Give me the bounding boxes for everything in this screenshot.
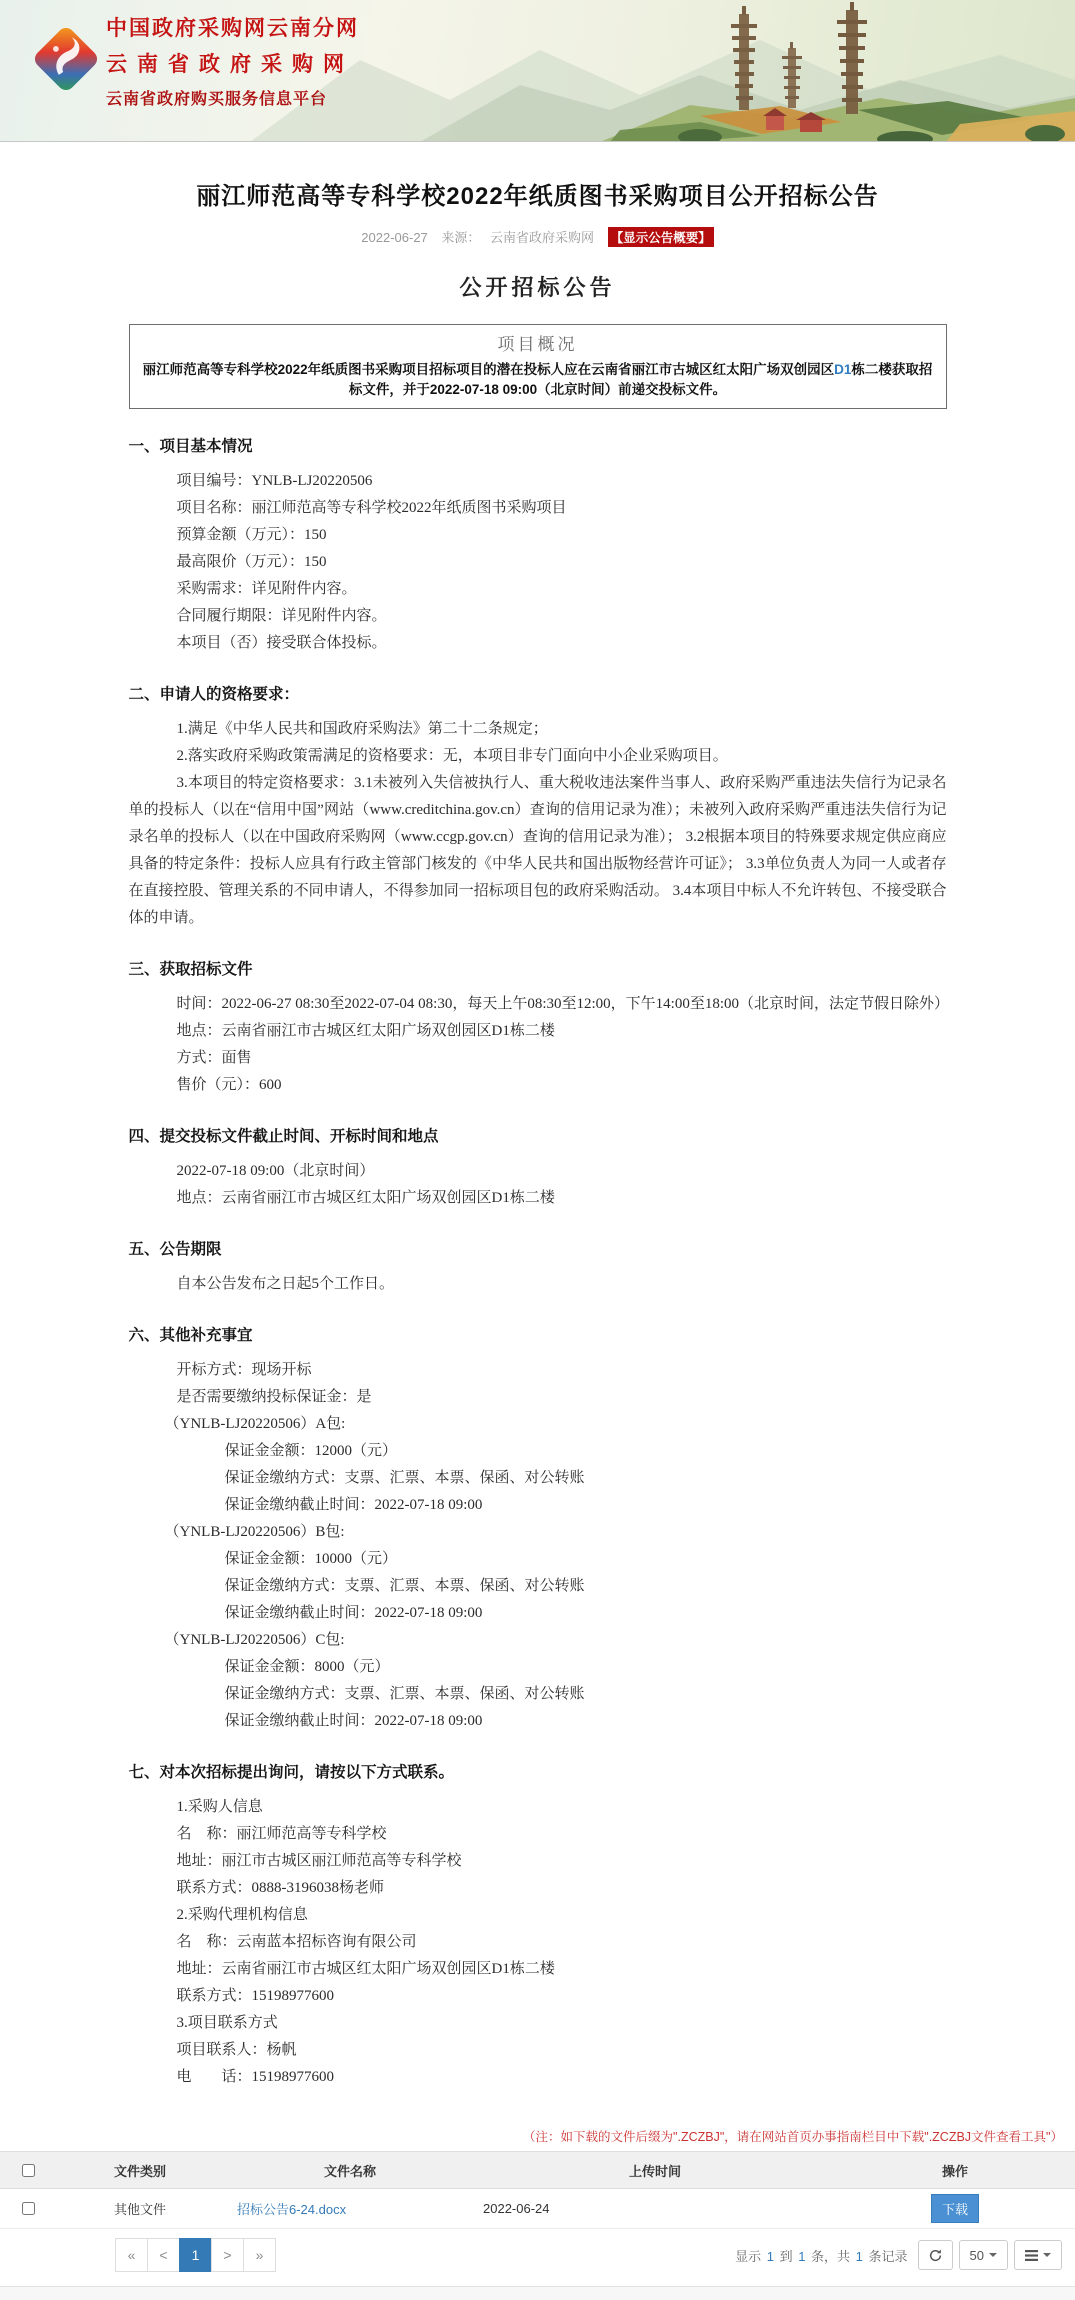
overview-title: 项目概况 [140,330,936,355]
overview-text-pre: 丽江师范高等专科学校2022年纸质图书采购项目招标项目的潜在投标人应在云南省丽江… [143,362,835,377]
download-button[interactable]: 下载 [931,2194,979,2223]
table-header-row: 文件类别 文件名称 上传时间 操作 [0,2152,1075,2189]
content-line: 保证金缴纳方式：支票、汇票、本票、保函、对公转账 [129,1465,947,1492]
page-next-button[interactable]: > [211,2238,244,2272]
section-heading: 六、其他补充事宜 [129,1323,947,1345]
content-line: 3.本项目的特定资格要求：3.1未被列入失信被执行人、重大税收违法案件当事人、政… [129,770,947,932]
content-line: （YNLB-LJ20220506）B包: [129,1519,947,1546]
content-line: 预算金额（万元）：150 [129,522,947,549]
content-line: 时间：2022-06-27 08:30至2022-07-04 08:30，每天上… [129,991,947,1018]
summary-text: 条，共 [807,2249,853,2264]
content-line: 地点：云南省丽江市古城区红太阳广场双创园区D1栋二楼 [129,1185,947,1212]
record-summary: 显示 1 到 1 条，共 1 条记录 [735,2246,907,2265]
content-line: （YNLB-LJ20220506）A包: [129,1411,947,1438]
project-overview-box: 项目概况 丽江师范高等专科学校2022年纸质图书采购项目招标项目的潜在投标人应在… [129,324,947,409]
summary-text: 显示 [735,2249,765,2264]
content-line: 本项目（否）接受联合体投标。 [129,630,947,657]
table-controls: 显示 1 到 1 条，共 1 条记录 50 [735,2240,1062,2270]
content-line: 保证金缴纳截止时间：2022-07-18 09:00 [129,1708,947,1735]
overview-highlight: D1 [834,362,851,377]
sections: 一、项目基本情况项目编号：YNLB-LJ20220506项目名称：丽江师范高等专… [129,434,947,2091]
columns-toggle-button[interactable] [1014,2240,1062,2270]
content-line: 保证金缴纳方式：支票、汇票、本票、保函、对公转账 [129,1681,947,1708]
content-line: 地址：云南省丽江市古城区红太阳广场双创园区D1栋二楼 [129,1956,947,1983]
table-row: 其他文件招标公告6-24.docx2022-06-24下载 [0,2189,1075,2229]
refresh-icon [929,2249,942,2262]
content-line: 3.项目联系方式 [129,2010,947,2037]
source-label: 来源： [441,230,480,245]
content-line: 保证金金额：10000（元） [129,1546,947,1573]
content-line: 名 称：丽江师范高等专科学校 [129,1821,947,1848]
content-line: 2.采购代理机构信息 [129,1902,947,1929]
page-title: 丽江师范高等专科学校2022年纸质图书采购项目公开招标公告 [129,176,947,211]
page-size-button[interactable]: 50 [959,2240,1008,2270]
column-header-filename: 文件名称 [225,2152,475,2189]
source-name[interactable]: 云南省政府采购网 [490,230,594,245]
upload-time: 2022-06-24 [475,2189,835,2229]
column-header-category: 文件类别 [55,2152,225,2189]
content-line: 2.落实政府采购政策需满足的资格要求：无，本项目非专门面向中小企业采购项目。 [129,743,947,770]
site-title-line3: 云南省政府购买服务信息平台 [106,86,359,109]
content-line: 保证金缴纳方式：支票、汇票、本票、保函、对公转账 [129,1573,947,1600]
content-line: 自本公告发布之日起5个工作日。 [129,1271,947,1298]
row-checkbox[interactable] [22,2202,35,2215]
select-all-checkbox[interactable] [22,2164,35,2177]
file-link[interactable]: 招标公告6-24.docx [237,2202,346,2217]
section-heading: 一、项目基本情况 [129,434,947,456]
page-last-button[interactable]: » [243,2238,276,2272]
toggle-summary-button[interactable]: 【显示公告概要】 [608,227,714,247]
summary-text: 到 [776,2249,796,2264]
content-line: 2022-07-18 09:00（北京时间） [129,1158,947,1185]
download-note: （注：如下载的文件后缀为".ZCZBJ"，请在网站首页办事指南栏目中下载".ZC… [0,2127,1075,2145]
announcement-meta: 2022-06-27 来源： 云南省政府采购网 【显示公告概要】 [129,227,947,247]
content-line: 联系方式：0888-3196038杨老师 [129,1875,947,1902]
section-heading: 三、获取招标文件 [129,957,947,979]
section-heading: 七、对本次招标提出询问，请按以下方式联系。 [129,1760,947,1782]
content-line: 是否需要缴纳投标保证金：是 [129,1384,947,1411]
site-title-line2: 云南省政府采购网 [106,48,359,78]
announcement-heading: 公开招标公告 [129,271,947,302]
section-heading: 五、公告期限 [129,1237,947,1259]
content-line: 名 称：云南蓝本招标咨询有限公司 [129,1929,947,1956]
page-1-button[interactable]: 1 [179,2238,212,2272]
content-line: 保证金缴纳截止时间：2022-07-18 09:00 [129,1492,947,1519]
overview-text: 丽江师范高等专科学校2022年纸质图书采购项目招标项目的潜在投标人应在云南省丽江… [140,360,936,400]
content-line: 地点：云南省丽江市古城区红太阳广场双创园区D1栋二楼 [129,1018,947,1045]
summary-text: 条记录 [865,2249,908,2264]
announcement-container: 丽江师范高等专科学校2022年纸质图书采购项目公开招标公告 2022-06-27… [129,176,947,2091]
content-line: 1.满足《中华人民共和国政府采购法》第二十二条规定； [129,716,947,743]
site-title-line1: 中国政府采购网云南分网 [106,12,359,42]
content-line: （YNLB-LJ20220506）C包: [129,1627,947,1654]
content-line: 项目联系人：杨帆 [129,2037,947,2064]
content-line: 项目编号：YNLB-LJ20220506 [129,468,947,495]
footer-strip [0,2286,1075,2300]
content-line: 最高限价（万元）：150 [129,549,947,576]
section-heading: 二、申请人的资格要求： [129,682,947,704]
content-line: 项目名称：丽江师范高等专科学校2022年纸质图书采购项目 [129,495,947,522]
page-first-button[interactable]: « [115,2238,148,2272]
chevron-down-icon [1043,2253,1051,2257]
content-line: 合同履行期限：详见附件内容。 [129,603,947,630]
content-line: 保证金金额：8000（元） [129,1654,947,1681]
attachments-body: 其他文件招标公告6-24.docx2022-06-24下载 [0,2189,1075,2229]
page-prev-button[interactable]: < [147,2238,180,2272]
site-header: 中国政府采购网云南分网 云南省政府采购网 云南省政府购买服务信息平台 [0,0,1075,142]
column-header-action: 操作 [835,2152,1075,2189]
columns-icon [1025,2250,1038,2261]
file-category: 其他文件 [55,2189,225,2229]
site-title-block: 中国政府采购网云南分网 云南省政府采购网 云南省政府购买服务信息平台 [106,12,359,109]
page-size-value: 50 [970,2248,984,2263]
content-line: 开标方式：现场开标 [129,1357,947,1384]
pagination: « < 1 > » [115,2238,276,2272]
content-line: 采购需求：详见附件内容。 [129,576,947,603]
content-line: 保证金缴纳截止时间：2022-07-18 09:00 [129,1600,947,1627]
content-line: 联系方式：15198977600 [129,1983,947,2010]
section-heading: 四、提交投标文件截止时间、开标时间和地点 [129,1124,947,1146]
summary-to: 1 [798,2249,805,2264]
summary-from: 1 [767,2249,774,2264]
content-line: 方式：面售 [129,1045,947,1072]
content-line: 保证金金额：12000（元） [129,1438,947,1465]
content-line: 售价（元）：600 [129,1072,947,1099]
table-footer: « < 1 > » 显示 1 到 1 条，共 1 条记录 50 [0,2229,1075,2282]
attachments-table: 文件类别 文件名称 上传时间 操作 其他文件招标公告6-24.docx2022-… [0,2151,1075,2229]
summary-total: 1 [856,2249,863,2264]
site-logo [30,16,102,102]
refresh-button[interactable] [918,2240,953,2270]
content-line: 1.采购人信息 [129,1794,947,1821]
content-line: 地址：丽江市古城区丽江师范高等专科学校 [129,1848,947,1875]
publish-date: 2022-06-27 [361,230,428,245]
column-header-uploadtime: 上传时间 [475,2152,835,2189]
content-line: 电 话：15198977600 [129,2064,947,2091]
chevron-down-icon [989,2253,997,2257]
